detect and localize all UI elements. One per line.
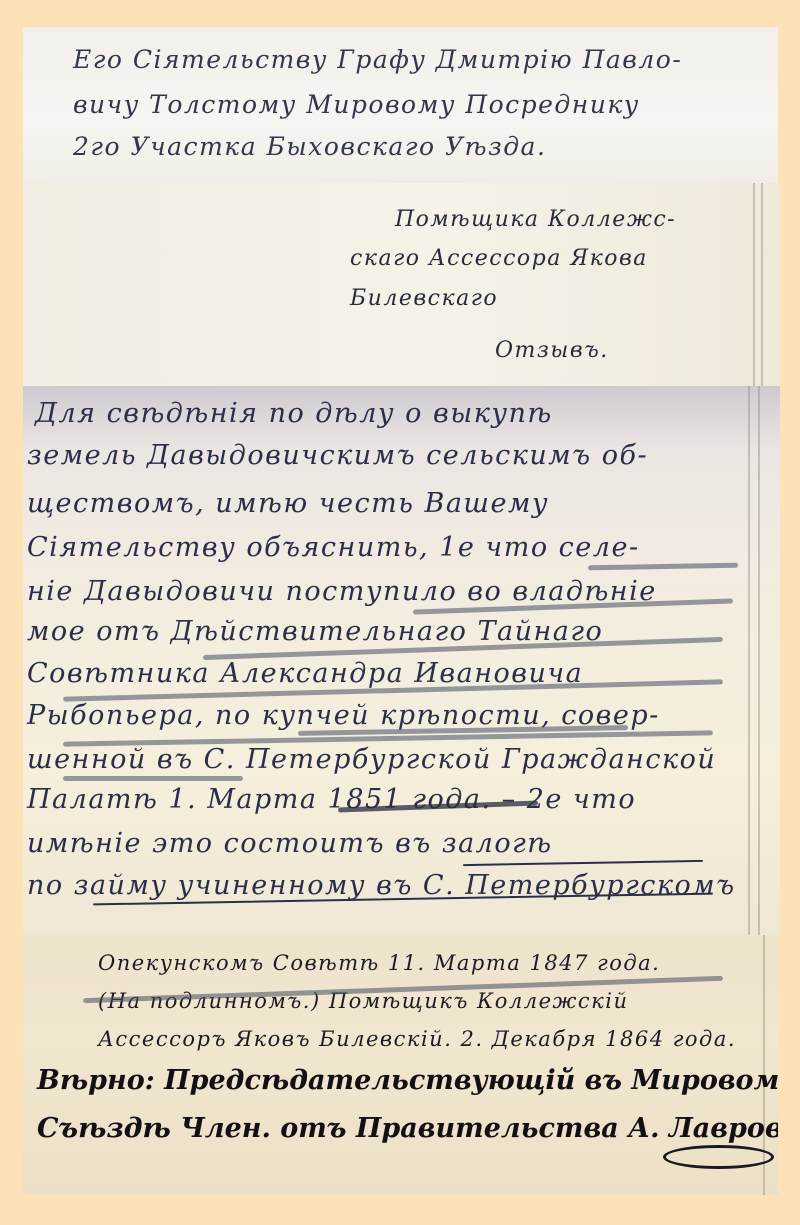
- address-line-1: Его Сіятельству Графу Дмитрію Павло-: [73, 45, 682, 74]
- address-line-2: вичу Толстому Мировому Посреднику: [73, 90, 640, 119]
- body-line-4: Сіятельству объяснить, 1е что селе-: [27, 532, 640, 563]
- document-heading: Отзывъ.: [495, 338, 609, 363]
- signature-flourish: [663, 1145, 774, 1169]
- body-line-2: земель Давыдовичскимъ сельскимъ об-: [27, 440, 648, 471]
- sender-line-2: скаго Ассессора Якова: [350, 246, 648, 271]
- sender-panel: Помѣщика Коллежс- скаго Ассессора Якова …: [23, 183, 780, 387]
- body-line-5: ніе Давыдовичи поступило во владѣніе: [27, 576, 657, 607]
- page-binding-edge: [761, 183, 763, 387]
- closing-line-3: Ассессоръ Яковъ Билевскій. 2. Декабря 18…: [98, 1027, 736, 1051]
- sender-line-1: Помѣщика Коллежс-: [395, 207, 676, 232]
- address-panel: Его Сіятельству Графу Дмитрію Павло- вич…: [23, 27, 778, 184]
- pencil-underline: [63, 776, 243, 781]
- pen-underline: [463, 860, 703, 866]
- body-line-3: ществомъ, имѣю честь Вашему: [27, 488, 549, 519]
- closing-panel: Опекунскомъ Совѣтѣ 11. Марта 1847 года. …: [23, 935, 778, 1195]
- address-line-3: 2го Участка Быховскаго Уѣзда.: [73, 132, 546, 161]
- page-binding-edge: [758, 386, 760, 936]
- body-line-9: шенной въ С. Петербургской Гражданской: [27, 744, 716, 775]
- attestation-line-1: Вѣрно: Предсѣдательствующій въ Мировомъ: [37, 1065, 778, 1096]
- body-line-6: мое отъ Дѣйствительнаго Тайнаго: [27, 616, 603, 647]
- sender-line-3: Билевскаго: [350, 286, 498, 311]
- body-line-10: Палатѣ 1. Марта 1851 года. – 2е что: [27, 784, 636, 815]
- closing-line-1: Опекунскомъ Совѣтѣ 11. Марта 1847 года.: [98, 951, 660, 975]
- page-binding-edge: [753, 183, 755, 387]
- body-line-1: Для свѣдѣнія по дѣлу о выкупѣ: [35, 398, 553, 429]
- body-panel: Для свѣдѣнія по дѣлу о выкупѣ земель Дав…: [23, 386, 780, 936]
- pencil-underline: [588, 563, 738, 571]
- body-line-12: по займу учиненному въ С. Петербургскомъ: [27, 870, 736, 901]
- body-line-11: имѣніе это состоитъ въ залогѣ: [27, 828, 553, 859]
- page-binding-edge: [748, 386, 750, 936]
- attestation-line-2: Съѣздѣ Член. отъ Правительства А. Лавров…: [37, 1113, 778, 1144]
